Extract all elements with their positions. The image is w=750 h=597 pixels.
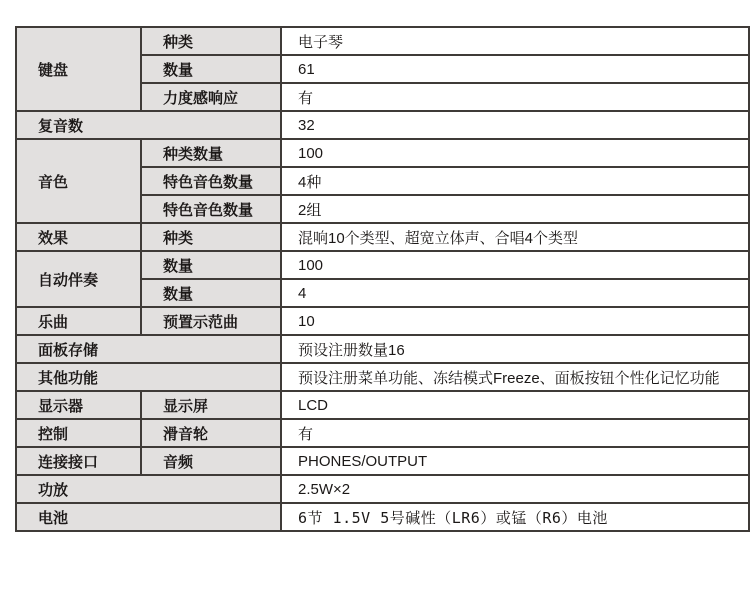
label-display-screen: 显示屏 [141, 391, 281, 419]
category-effects: 效果 [16, 223, 141, 251]
value-special-tone-count-1: 4种 [281, 167, 749, 195]
product-spec-table: 键盘 种类 电子琴 数量 61 力度感响应 有 复音数 32 音色 种类数量 1… [15, 26, 750, 532]
category-auto-accompaniment: 自动伴奏 [16, 251, 141, 307]
value-amplifier: 2.5W×2 [281, 475, 749, 503]
value-effects-type: 混响10个类型、超宽立体声、合唱4个类型 [281, 223, 749, 251]
table-row: 乐曲 预置示范曲 10 [16, 307, 749, 335]
label-special-tone-count-1: 特色音色数量 [141, 167, 281, 195]
value-keyboard-type: 电子琴 [281, 27, 749, 55]
category-display: 显示器 [16, 391, 141, 419]
table-row: 其他功能 预设注册菜单功能、冻结模式Freeze、面板按钮个性化记忆功能 [16, 363, 749, 391]
value-pitch-wheel: 有 [281, 419, 749, 447]
value-polyphony: 32 [281, 111, 749, 139]
label-effects-type: 种类 [141, 223, 281, 251]
table-row: 音色 种类数量 100 [16, 139, 749, 167]
value-tone-count: 100 [281, 139, 749, 167]
value-accompaniment-count-2: 4 [281, 279, 749, 307]
value-special-tone-count-2: 2组 [281, 195, 749, 223]
category-tones: 音色 [16, 139, 141, 223]
table-row: 效果 种类 混响10个类型、超宽立体声、合唱4个类型 [16, 223, 749, 251]
category-amplifier: 功放 [16, 475, 281, 503]
value-accompaniment-count-1: 100 [281, 251, 749, 279]
category-control: 控制 [16, 419, 141, 447]
label-touch-response: 力度感响应 [141, 83, 281, 111]
label-accompaniment-count-1: 数量 [141, 251, 281, 279]
category-panel-memory: 面板存储 [16, 335, 281, 363]
value-display-screen: LCD [281, 391, 749, 419]
table-row: 显示器 显示屏 LCD [16, 391, 749, 419]
table-row: 功放 2.5W×2 [16, 475, 749, 503]
category-keyboard: 键盘 [16, 27, 141, 111]
label-special-tone-count-2: 特色音色数量 [141, 195, 281, 223]
label-tone-count: 种类数量 [141, 139, 281, 167]
label-audio-jack: 音频 [141, 447, 281, 475]
label-keyboard-count: 数量 [141, 55, 281, 83]
table-row: 键盘 种类 电子琴 [16, 27, 749, 55]
value-panel-memory: 预设注册数量16 [281, 335, 749, 363]
value-preset-demo-songs: 10 [281, 307, 749, 335]
category-songs: 乐曲 [16, 307, 141, 335]
category-connectors: 连接接口 [16, 447, 141, 475]
category-polyphony: 复音数 [16, 111, 281, 139]
value-battery: 6节 1.5V 5号碱性（LR6）或锰（R6）电池 [281, 503, 749, 531]
value-touch-response: 有 [281, 83, 749, 111]
table-row: 控制 滑音轮 有 [16, 419, 749, 447]
table-row: 自动伴奏 数量 100 [16, 251, 749, 279]
table-row: 电池 6节 1.5V 5号碱性（LR6）或锰（R6）电池 [16, 503, 749, 531]
value-other-functions: 预设注册菜单功能、冻结模式Freeze、面板按钮个性化记忆功能 [281, 363, 749, 391]
category-other-functions: 其他功能 [16, 363, 281, 391]
label-preset-demo-songs: 预置示范曲 [141, 307, 281, 335]
value-keyboard-count: 61 [281, 55, 749, 83]
label-accompaniment-count-2: 数量 [141, 279, 281, 307]
table-row: 连接接口 音频 PHONES/OUTPUT [16, 447, 749, 475]
label-pitch-wheel: 滑音轮 [141, 419, 281, 447]
value-audio-jack: PHONES/OUTPUT [281, 447, 749, 475]
category-battery: 电池 [16, 503, 281, 531]
table-row: 面板存储 预设注册数量16 [16, 335, 749, 363]
table-row: 复音数 32 [16, 111, 749, 139]
label-keyboard-type: 种类 [141, 27, 281, 55]
